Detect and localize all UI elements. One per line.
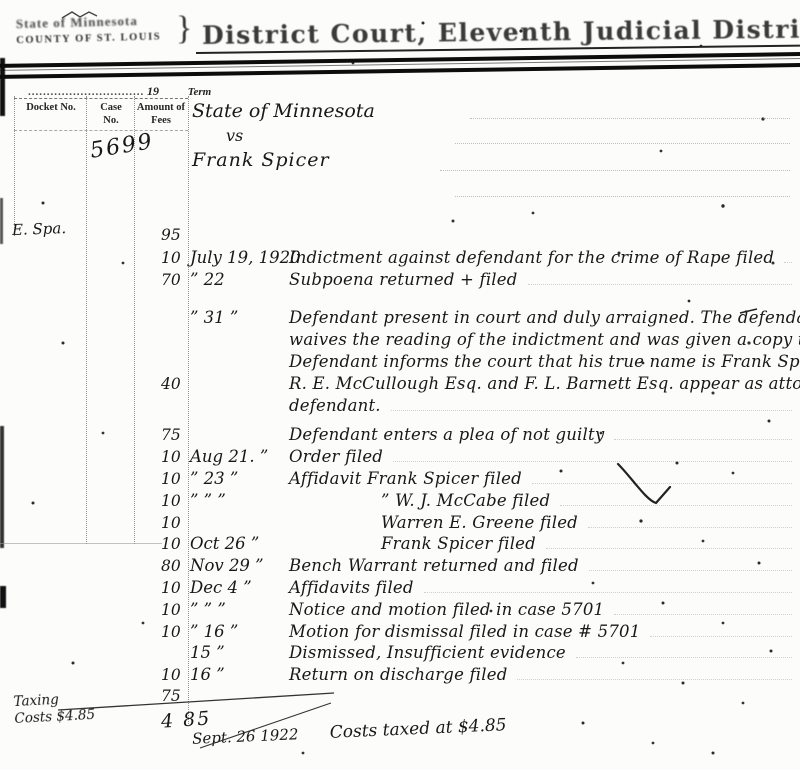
case-column-rule bbox=[134, 96, 135, 544]
case-caption: State of Minnesota vs Frank Spicer bbox=[192, 100, 375, 171]
fee-amount: 95 bbox=[152, 226, 190, 244]
entry-ruled-line bbox=[517, 679, 792, 680]
scan-edge-artifact bbox=[0, 198, 3, 244]
ledger-header-underline bbox=[14, 130, 188, 131]
entry-ruled-line bbox=[614, 439, 792, 440]
entry-ruled-line bbox=[650, 636, 792, 637]
entry-text: Motion for dismissal filed in case # 570… bbox=[289, 622, 640, 641]
case-number: 5699 bbox=[88, 129, 155, 164]
ledger-row: 10 ” 23 ” Affidavit Frank Spicer filed bbox=[152, 469, 798, 491]
entry-text: Affidavits filed bbox=[289, 578, 414, 597]
ledger-row: 10 Warren E. Greene filed bbox=[152, 513, 798, 535]
fee-amount: 10 bbox=[152, 448, 190, 466]
entry-text: R. E. McCullough Esq. and F. L. Barnett … bbox=[289, 374, 800, 393]
ledger-row: 70 ” 22 Subpoena returned + filed bbox=[152, 270, 798, 292]
court-title: District Court, Eleventh Judicial Distri… bbox=[202, 15, 762, 50]
ledger-row: 10 ” ” ” Notice and motion filed in case… bbox=[152, 600, 798, 622]
entry-ruled-line bbox=[589, 570, 792, 571]
entry-date: ” 23 ” bbox=[190, 469, 289, 488]
fee-amount: 10 bbox=[152, 601, 190, 619]
caption-plaintiff: State of Minnesota bbox=[192, 100, 375, 122]
entry-text: Subpoena returned + filed bbox=[289, 270, 518, 289]
ledger-row: Defendant informs the court that his tru… bbox=[152, 352, 798, 374]
entry-ruled-line bbox=[393, 461, 792, 462]
fee-amount: 10 bbox=[152, 535, 190, 553]
scanned-docket-page: State of Minnesota COUNTY OF ST. LOUIS }… bbox=[0, 0, 800, 770]
entry-text: Defendant informs the court that his tru… bbox=[289, 352, 800, 371]
caption-defendant: Frank Spicer bbox=[192, 149, 375, 171]
entry-date: ” ” ” bbox=[190, 600, 289, 619]
caption-ruled-line bbox=[440, 170, 790, 171]
ledger-row: 80 Nov 29 ” Bench Warrant returned and f… bbox=[152, 556, 798, 578]
scan-edge-artifact bbox=[0, 426, 4, 548]
entry-ruled-line bbox=[614, 614, 792, 615]
stamp-state-line: State of Minnesota bbox=[16, 12, 186, 32]
fee-amount: 80 bbox=[152, 557, 190, 575]
fee-amount: 10 bbox=[152, 514, 190, 532]
entry-text: Bench Warrant returned and filed bbox=[289, 556, 579, 575]
ledger-entries: 95 10 July 19, 1920 Indictment against d… bbox=[152, 226, 798, 731]
ledger-row: 10 Oct 26 ” Frank Spicer filed bbox=[152, 534, 798, 556]
ledger-row: 95 bbox=[152, 226, 798, 248]
entry-ruled-line bbox=[588, 527, 792, 528]
ledger-row: waives the reading of the indictment and… bbox=[152, 330, 798, 352]
ledger-row: 40 R. E. McCullough Esq. and F. L. Barne… bbox=[152, 374, 798, 396]
fee-amount: 10 bbox=[152, 249, 190, 267]
entry-date: ” ” ” bbox=[190, 491, 289, 510]
margin-clerk-note: E. Spa. bbox=[12, 219, 67, 239]
fee-amount: 10 bbox=[152, 666, 190, 684]
fee-amount: 10 bbox=[152, 470, 190, 488]
entry-text: Frank Spicer filed bbox=[289, 534, 536, 553]
entry-text: Indictment against defendant for the cri… bbox=[289, 248, 774, 267]
entry-text: Return on discharge filed bbox=[289, 665, 507, 684]
term-label: Term bbox=[188, 86, 211, 98]
fee-amount: 10 bbox=[152, 492, 190, 510]
entry-ruled-line bbox=[546, 548, 792, 549]
stamp-county-line: COUNTY OF ST. LOUIS bbox=[16, 31, 186, 46]
entry-text: Defendant present in court and duly arra… bbox=[289, 308, 800, 327]
column-end-rule bbox=[0, 543, 162, 544]
fee-amount: 10 bbox=[152, 579, 190, 597]
entry-text: defendant. bbox=[289, 396, 381, 415]
entry-date: ” 16 ” bbox=[190, 622, 289, 641]
margin-taxing-note: Taxing Costs $4.85 bbox=[13, 690, 95, 728]
entry-text: Warren E. Greene filed bbox=[289, 513, 578, 532]
caption-ruled-line bbox=[470, 118, 790, 119]
stamp-brace: } bbox=[176, 10, 192, 48]
column-header-docket-no: Docket No. bbox=[22, 102, 80, 115]
entry-date: July 19, 1920 bbox=[190, 248, 289, 267]
caption-ruled-line bbox=[455, 143, 790, 144]
entry-ruled-line bbox=[528, 284, 792, 285]
ledger-row: 15 ” Dismissed, Insufficient evidence bbox=[152, 643, 798, 665]
fee-amount: 10 bbox=[152, 623, 190, 641]
ledger-left-rule bbox=[14, 96, 15, 236]
ledger-row: 10 ” 16 ” Motion for dismissal filed in … bbox=[152, 622, 798, 644]
entry-date: 16 ” bbox=[190, 665, 289, 684]
ledger-row: 10 July 19, 1920 Indictment against defe… bbox=[152, 248, 798, 270]
entry-date: Aug 21. ” bbox=[190, 447, 289, 466]
fee-amount: 70 bbox=[152, 271, 190, 289]
fee-amount: 75 bbox=[152, 426, 190, 444]
entry-date: Nov 29 ” bbox=[190, 556, 289, 575]
entry-date: ” 31 ” bbox=[190, 308, 289, 327]
entry-text: Notice and motion filed in case 5701 bbox=[289, 600, 604, 619]
entry-date: ” 22 bbox=[190, 270, 289, 289]
entry-text: Order filed bbox=[289, 447, 383, 466]
taxing-note-line2: Costs $4.85 bbox=[14, 707, 95, 728]
entry-date: Dec 4 ” bbox=[190, 578, 289, 597]
ledger-row: 10 16 ” Return on discharge filed bbox=[152, 665, 798, 687]
entry-ruled-line bbox=[576, 657, 792, 658]
ledger-row: 75 Defendant enters a plea of not guilty bbox=[152, 425, 798, 447]
column-header-case-no: Case No. bbox=[92, 102, 130, 127]
ledger-row: 10 Dec 4 ” Affidavits filed bbox=[152, 578, 798, 600]
entry-text: waives the reading of the indictment and… bbox=[289, 330, 800, 349]
entry-text: ” W. J. McCabe filed bbox=[289, 491, 550, 510]
term-line: ............................... 19 Term bbox=[28, 84, 228, 99]
entry-date: 15 ” bbox=[190, 643, 289, 662]
caption-ruled-line bbox=[455, 196, 790, 197]
entry-text: Defendant enters a plea of not guilty bbox=[289, 425, 604, 444]
entry-ruled-line bbox=[391, 410, 792, 411]
entry-ruled-line bbox=[560, 505, 792, 506]
costs-taxed-date: Sept. 26 1922 bbox=[192, 725, 299, 748]
docket-column-rule bbox=[86, 96, 87, 544]
ledger-row: 75 bbox=[152, 687, 798, 709]
entry-ruled-line bbox=[784, 262, 792, 263]
entry-text: Dismissed, Insufficient evidence bbox=[289, 643, 566, 662]
ledger-row: 10 ” ” ” ” W. J. McCabe filed bbox=[152, 491, 798, 513]
ledger-row: defendant. bbox=[152, 396, 798, 418]
scan-noise bbox=[0, 0, 2, 2]
county-stamp: State of Minnesota COUNTY OF ST. LOUIS bbox=[16, 12, 187, 46]
entry-text: Affidavit Frank Spicer filed bbox=[289, 469, 522, 488]
entry-ruled-line bbox=[424, 592, 792, 593]
scan-edge-artifact bbox=[0, 586, 6, 608]
ledger-row: ” 31 ” Defendant present in court and du… bbox=[152, 308, 798, 330]
term-year-prefix: 19 bbox=[147, 84, 159, 98]
ledger-row: 10 Aug 21. ” Order filed bbox=[152, 447, 798, 469]
fee-amount: 75 bbox=[152, 687, 190, 705]
entry-ruled-line bbox=[532, 483, 792, 484]
entry-date: Oct 26 ” bbox=[190, 534, 289, 553]
caption-vs: vs bbox=[226, 126, 375, 145]
fee-amount: 40 bbox=[152, 375, 190, 393]
ledger-header-rule bbox=[14, 98, 188, 99]
column-header-amount-of-fees: Amount of Fees bbox=[136, 102, 186, 127]
